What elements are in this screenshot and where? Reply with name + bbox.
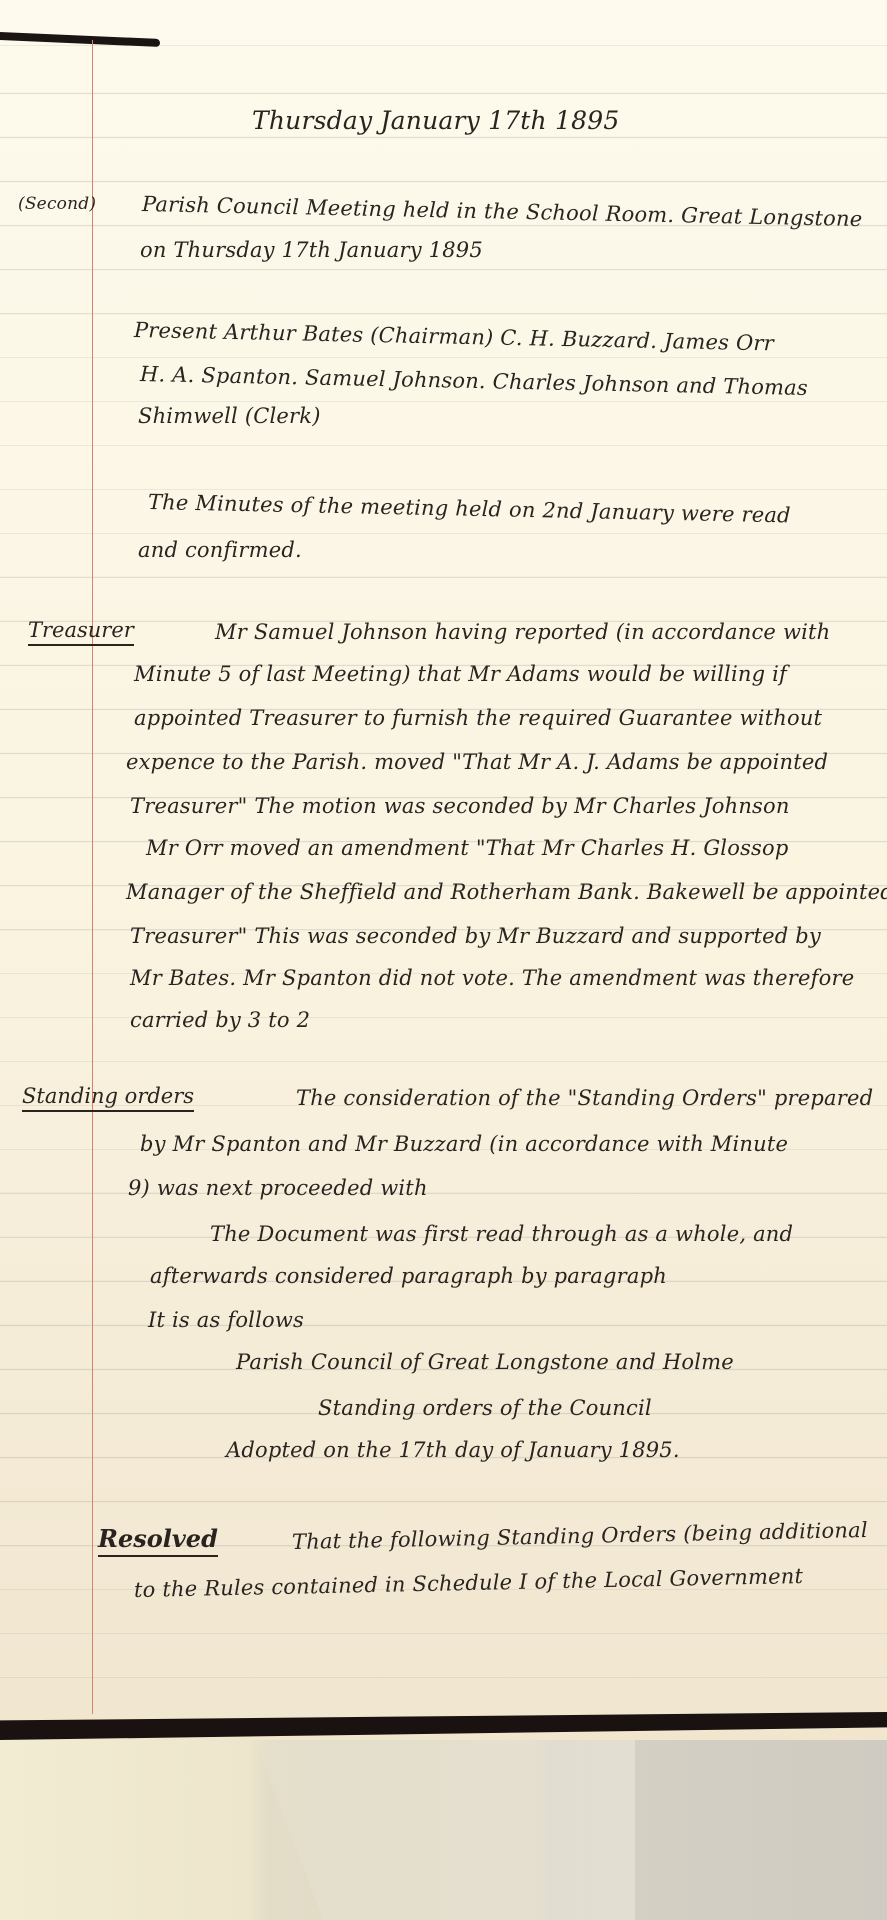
treasurer-line-7: Manager of the Sheffield and Rotherham B… (126, 880, 887, 904)
present-line-3: Shimwell (Clerk) (138, 404, 321, 428)
treasurer-line-3: appointed Treasurer to furnish the requi… (134, 706, 822, 730)
standing-orders-line-6: It is as follows (148, 1308, 304, 1332)
standing-orders-line-2: by Mr Spanton and Mr Buzzard (in accorda… (140, 1132, 788, 1156)
treasurer-label: Treasurer (28, 618, 134, 646)
treasurer-line-1: Mr Samuel Johnson having reported (in ac… (215, 620, 830, 644)
resolved-label: Resolved (98, 1524, 218, 1557)
standing-orders-line-5: afterwards considered paragraph by parag… (150, 1264, 667, 1288)
intro-note: (Second) (18, 194, 96, 214)
treasurer-line-2: Minute 5 of last Meeting) that Mr Adams … (134, 662, 787, 686)
standing-orders-adopted: Adopted on the 17th day of January 1895. (226, 1438, 680, 1462)
date-heading: Thursday January 17th 1895 (252, 106, 619, 135)
ledger-page (0, 40, 887, 1716)
standing-orders-line-1: The consideration of the "Standing Order… (296, 1086, 873, 1110)
treasurer-line-8: Treasurer" This was seconded by Mr Buzza… (130, 924, 821, 948)
minutes-line-2: and confirmed. (138, 538, 302, 562)
intro-line-2: on Thursday 17th January 1895 (140, 238, 483, 262)
standing-orders-label: Standing orders (22, 1084, 194, 1112)
page-top-strip (0, 0, 887, 40)
treasurer-line-4: expence to the Parish. moved "That Mr A.… (126, 750, 828, 774)
treasurer-line-5: Treasurer" The motion was seconded by Mr… (130, 794, 790, 818)
standing-orders-line-4: The Document was first read through as a… (210, 1222, 793, 1246)
page-bottom-edge (0, 1712, 887, 1740)
standing-orders-title-2: Standing orders of the Council (318, 1396, 652, 1420)
treasurer-line-6: Mr Orr moved an amendment "That Mr Charl… (146, 836, 789, 860)
standing-orders-line-3: 9) was next proceeded with (128, 1176, 428, 1200)
treasurer-line-10: carried by 3 to 2 (130, 1008, 310, 1032)
photo-stage: Thursday January 17th 1895 (Second) Pari… (0, 0, 887, 1920)
treasurer-line-9: Mr Bates. Mr Spanton did not vote. The a… (130, 966, 854, 990)
red-margin-rule (92, 40, 93, 1714)
standing-orders-title-1: Parish Council of Great Longstone and Ho… (236, 1350, 734, 1374)
